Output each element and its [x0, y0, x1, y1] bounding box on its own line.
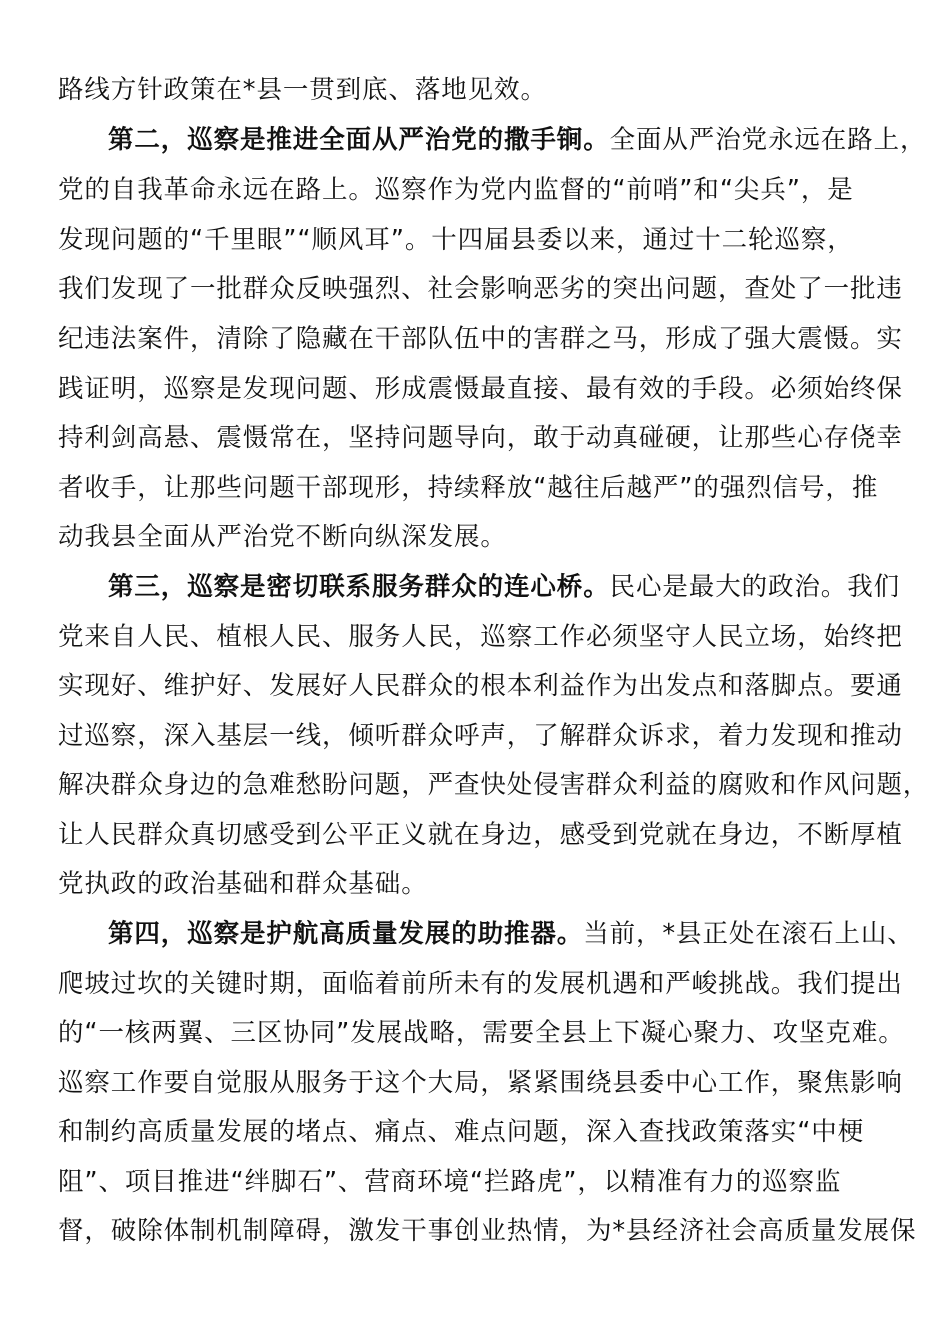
document-page: 路线方针政策在*县一贯到底、落地见效。 第二，巡察是推进全面从严治党的撒手锏。全…	[0, 0, 950, 1344]
line-text: 纪违法案件，清除了隐藏在干部队伍中的害群之马，形成了强大震慑。实	[58, 324, 903, 354]
text-line: 纪违法案件，清除了隐藏在干部队伍中的害群之马，形成了强大震慑。实	[58, 319, 898, 359]
text-line: 党执政的政治基础和群众基础。	[58, 864, 898, 904]
line-text: 全面从严治党永远在路上，	[610, 125, 927, 155]
text-line: 解决群众身边的急难愁盼问题，严查快处侵害群众利益的腐败和作风问题，	[58, 765, 898, 805]
text-line: 者收手，让那些问题干部现形，持续释放“越往后越严”的强烈信号，推	[58, 468, 898, 508]
text-line: 践证明，巡察是发现问题、形成震慑最直接、最有效的手段。必须始终保	[58, 369, 898, 409]
line-text: 实现好、维护好、发展好人民群众的根本利益作为出发点和落脚点。要通	[58, 671, 903, 701]
text-line: 我们发现了一批群众反映强烈、社会影响恶劣的突出问题，查处了一批违	[58, 269, 898, 309]
line-text: 党来自人民、植根人民、服务人民，巡察工作必须坚守人民立场，始终把	[58, 622, 903, 652]
line-text: 发现问题的“千里眼”“顺风耳”。十四届县委以来，通过十二轮巡察，	[58, 225, 854, 255]
text-line: 阻”、项目推进“绊脚石”、营商环境“拦路虎”，以精准有力的巡察监	[58, 1162, 898, 1202]
text-line: 路线方针政策在*县一贯到底、落地见效。	[58, 70, 898, 110]
text-line: 党来自人民、植根人民、服务人民，巡察工作必须坚守人民立场，始终把	[58, 617, 898, 657]
text-line: 和制约高质量发展的堵点、痛点、难点问题，深入查找政策落实“中梗	[58, 1112, 898, 1152]
text-line: 过巡察，深入基层一线，倾听群众呼声，了解群众诉求，着力发现和推动	[58, 716, 898, 756]
text-line: 发现问题的“千里眼”“顺风耳”。十四届县委以来，通过十二轮巡察，	[58, 220, 898, 260]
line-text: 持利剑高悬、震慑常在，坚持问题导向，敢于动真碰硬，让那些心存侥幸	[58, 423, 903, 453]
line-text: 践证明，巡察是发现问题、形成震慑最直接、最有效的手段。必须始终保	[58, 374, 903, 404]
text-line: 爬坡过坎的关键时期，面临着前所未有的发展机遇和严峻挑战。我们提出	[58, 964, 898, 1004]
section-heading-line: 第四，巡察是护航高质量发展的助推器。当前，*县正处在滚石上山、	[108, 914, 898, 954]
line-text: 党执政的政治基础和群众基础。	[58, 869, 428, 899]
line-text: 民心是最大的政治。我们	[610, 572, 900, 602]
text-line: 让人民群众真切感受到公平正义就在身边，感受到党就在身边，不断厚植	[58, 815, 898, 855]
line-text: 我们发现了一批群众反映强烈、社会影响恶劣的突出问题，查处了一批违	[58, 274, 903, 304]
line-text: 督，破除体制机制障碍，激发干事创业热情，为*县经济社会高质量发展保	[58, 1216, 916, 1246]
line-text: 和制约高质量发展的堵点、痛点、难点问题，深入查找政策落实“中梗	[58, 1117, 864, 1147]
text-line: 巡察工作要自觉服从服务于这个大局，紧紧围绕县委中心工作，聚焦影响	[58, 1063, 898, 1103]
text-line: 督，破除体制机制障碍，激发干事创业热情，为*县经济社会高质量发展保	[58, 1211, 898, 1251]
line-text: 过巡察，深入基层一线，倾听群众呼声，了解群众诉求，着力发现和推动	[58, 721, 903, 751]
section-heading-line: 第二，巡察是推进全面从严治党的撒手锏。全面从严治党永远在路上，	[108, 120, 898, 160]
line-text: 阻”、项目推进“绊脚石”、营商环境“拦路虎”，以精准有力的巡察监	[58, 1167, 841, 1197]
section-heading-fourth: 第四，巡察是护航高质量发展的助推器。	[108, 919, 583, 949]
text-line: 持利剑高悬、震慑常在，坚持问题导向，敢于动真碰硬，让那些心存侥幸	[58, 418, 898, 458]
section-heading-third: 第三，巡察是密切联系服务群众的连心桥。	[108, 572, 610, 602]
line-text: 者收手，让那些问题干部现形，持续释放“越往后越严”的强烈信号，推	[58, 473, 878, 503]
text-line: 实现好、维护好、发展好人民群众的根本利益作为出发点和落脚点。要通	[58, 666, 898, 706]
line-text: 巡察工作要自觉服从服务于这个大局，紧紧围绕县委中心工作，聚焦影响	[58, 1068, 903, 1098]
line-text: 当前，*县正处在滚石上山、	[583, 919, 913, 949]
section-heading-second: 第二，巡察是推进全面从严治党的撒手锏。	[108, 125, 610, 155]
line-text: 让人民群众真切感受到公平正义就在身边，感受到党就在身边，不断厚植	[58, 820, 903, 850]
text-line: 动我县全面从严治党不断向纵深发展。	[58, 517, 898, 557]
text-line: 党的自我革命永远在路上。巡察作为党内监督的“前哨”和“尖兵”，是	[58, 170, 898, 210]
line-text: 爬坡过坎的关键时期，面临着前所未有的发展机遇和严峻挑战。我们提出	[58, 969, 903, 999]
line-text: 的“一核两翼、三区协同”发展战略，需要全县上下凝心聚力、攻坚克难。	[58, 1018, 905, 1048]
line-text: 路线方针政策在*县一贯到底、落地见效。	[58, 75, 547, 105]
line-text: 党的自我革命永远在路上。巡察作为党内监督的“前哨”和“尖兵”，是	[58, 175, 854, 205]
text-line: 的“一核两翼、三区协同”发展战略，需要全县上下凝心聚力、攻坚克难。	[58, 1013, 898, 1053]
section-heading-line: 第三，巡察是密切联系服务群众的连心桥。民心是最大的政治。我们	[108, 567, 898, 607]
line-text: 动我县全面从严治党不断向纵深发展。	[58, 522, 507, 552]
line-text: 解决群众身边的急难愁盼问题，严查快处侵害群众利益的腐败和作风问题，	[58, 770, 929, 800]
